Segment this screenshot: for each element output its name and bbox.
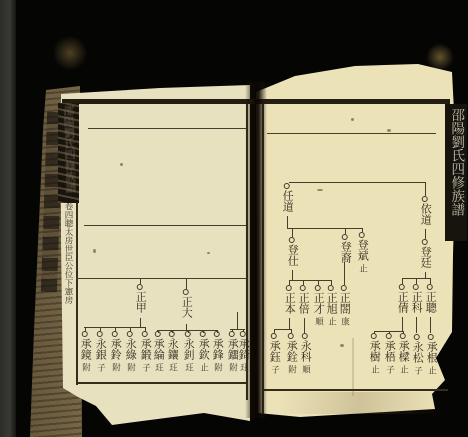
paper-speck	[93, 249, 96, 253]
person-node: 正旭 止	[325, 285, 338, 326]
person-note: 止	[199, 363, 208, 372]
connector-line	[287, 216, 288, 228]
person-name: 永釗	[182, 338, 195, 360]
person-name: 依道	[419, 203, 432, 225]
paper-wrinkle	[280, 392, 440, 414]
person-name: 承梧	[383, 340, 396, 362]
paper-speck	[351, 118, 354, 121]
person-note: 附	[111, 363, 120, 372]
descendant-marker	[240, 331, 246, 337]
connector-line	[140, 318, 141, 327]
person-name: 永科	[299, 340, 312, 362]
person-node: 承銓 附	[285, 333, 298, 374]
paper-speck	[340, 344, 344, 347]
age-stain	[425, 44, 455, 70]
connector-line	[84, 225, 246, 226]
person-node: 永松 子	[411, 334, 424, 375]
person-name: 承鏡	[79, 338, 92, 360]
person-name: 正聰	[424, 291, 437, 313]
page-top-rule	[62, 99, 450, 104]
person-node: 承鍛 子	[139, 331, 152, 372]
person-name: 承鈺	[268, 340, 281, 362]
person-note: 康	[340, 317, 349, 326]
person-name: 正本	[283, 292, 296, 314]
person-note: 玨	[154, 363, 163, 372]
age-stain	[52, 36, 88, 70]
person-name: 登廷	[419, 246, 432, 268]
person-node: 正倩	[396, 284, 409, 313]
connector-line	[289, 280, 332, 281]
descendant-marker	[288, 333, 294, 339]
descendant-marker	[300, 285, 306, 291]
descendant-marker	[422, 239, 428, 245]
descendant-marker	[284, 183, 290, 189]
person-node: 正倍	[297, 285, 310, 314]
person-node: 登斌 止	[356, 232, 369, 273]
descendant-marker	[155, 331, 161, 337]
descendant-marker	[169, 331, 175, 337]
right-page-frame-bottom	[262, 389, 448, 391]
person-name: 承鍛	[139, 338, 152, 360]
person-name: 承綸	[152, 338, 165, 360]
descendant-marker	[414, 334, 420, 340]
person-node: 正本	[283, 285, 296, 314]
person-note: 附	[213, 363, 222, 372]
person-note: 順	[314, 317, 323, 326]
descendant-marker	[127, 331, 133, 337]
person-node: 承錡 玨	[237, 331, 250, 372]
person-node: 正科	[410, 284, 423, 313]
title-bar-damage	[58, 103, 79, 203]
person-note: 子	[385, 365, 394, 374]
person-node: 依道	[419, 196, 432, 225]
person-node: 正甲	[134, 284, 147, 313]
person-node: 承樹 止	[368, 333, 381, 374]
connector-line	[287, 228, 363, 229]
person-name: 永銀	[94, 338, 107, 360]
descendant-marker	[82, 331, 88, 337]
left-page-frame-bottom	[76, 382, 248, 384]
person-node: 永鑲 玨	[166, 331, 179, 372]
paper-speck	[207, 252, 210, 254]
person-note: 順	[301, 365, 310, 374]
descendant-marker	[137, 284, 143, 290]
connector-line	[402, 317, 403, 331]
descendant-marker	[286, 285, 292, 291]
person-note: 附	[126, 363, 135, 372]
person-note: 玨	[168, 363, 177, 372]
descendant-marker	[200, 331, 206, 337]
person-node: 永銀 子	[94, 331, 107, 372]
person-name: 正倩	[396, 291, 409, 313]
person-name: 承錡	[237, 338, 250, 360]
descendant-marker	[428, 334, 434, 340]
connector-line	[292, 228, 293, 237]
person-name: 永鑲	[166, 338, 179, 360]
connector-line	[425, 229, 426, 239]
descendant-marker	[183, 289, 189, 295]
person-node: 登裔	[339, 234, 352, 263]
person-note: 玨	[184, 363, 193, 372]
descendant-marker	[359, 232, 365, 238]
volume-label: 卷四聰太房世臣公位下憲房	[59, 202, 72, 304]
descendant-marker	[422, 196, 428, 202]
person-name: 正甲	[134, 291, 147, 313]
descendant-marker	[427, 284, 433, 290]
person-note: 子	[270, 365, 279, 374]
person-node: 永綠 附	[124, 331, 137, 372]
descendant-marker	[271, 333, 277, 339]
person-note: 子	[413, 366, 422, 375]
person-node: 承鈺 子	[268, 333, 281, 374]
person-node: 正閤 康	[338, 285, 351, 326]
person-node: 承欽 止	[197, 331, 210, 372]
person-note: 附	[287, 365, 296, 374]
person-name: 永松	[411, 341, 424, 363]
connector-line	[274, 329, 291, 330]
person-name: 承銓	[285, 340, 298, 362]
descendant-marker	[289, 237, 295, 243]
right-title-bar: 邵陽劉氏四修族譜	[445, 104, 467, 241]
person-node: 承樑 止	[397, 333, 410, 374]
person-node: 承綸 玨	[152, 331, 165, 372]
person-name: 承鈴	[109, 338, 122, 360]
descendant-marker	[214, 331, 220, 337]
person-node: 正聰	[424, 284, 437, 313]
paper-speck	[317, 189, 323, 191]
person-name: 登裔	[339, 241, 352, 263]
descendant-marker	[342, 234, 348, 240]
person-node: 任道	[281, 183, 294, 212]
person-name: 永綠	[124, 338, 137, 360]
descendant-marker	[386, 333, 392, 339]
connector-line	[76, 278, 247, 279]
person-node: 永釗 玨	[182, 331, 195, 372]
descendant-marker	[371, 333, 377, 339]
person-note: 附	[228, 363, 237, 372]
descendant-marker	[399, 284, 405, 290]
person-name: 承鋒	[211, 338, 224, 360]
right-page-frame-left	[262, 104, 264, 414]
person-name: 承樑	[397, 340, 410, 362]
descendant-marker	[413, 284, 419, 290]
person-node: 正才 順	[312, 285, 325, 326]
person-note: 止	[427, 366, 436, 375]
person-name: 正才	[312, 292, 325, 314]
descendant-marker	[142, 331, 148, 337]
person-note: 止	[370, 365, 379, 374]
descendant-marker	[328, 285, 334, 291]
descendant-marker	[185, 331, 191, 337]
genealogy-title-right: 邵陽劉氏四修族譜	[448, 108, 464, 241]
paper-crease	[352, 338, 354, 396]
connector-line	[289, 318, 290, 329]
connector-line	[344, 262, 345, 285]
person-node: 承鏡 附	[79, 331, 92, 372]
connector-line	[186, 278, 187, 289]
descendant-marker	[341, 285, 347, 291]
person-name: 登仕	[286, 244, 299, 266]
person-node: 承根 止	[425, 334, 438, 375]
descendant-marker	[400, 333, 406, 339]
person-node: 登仕	[286, 237, 299, 266]
descendant-marker	[229, 331, 235, 337]
person-node: 承鋒 附	[211, 331, 224, 372]
person-name: 正閤	[338, 292, 351, 314]
person-name: 正旭	[325, 292, 338, 314]
person-name: 正大	[180, 296, 193, 318]
connector-line	[267, 133, 436, 134]
person-node: 正大	[180, 289, 193, 318]
connector-line	[430, 317, 431, 333]
person-note: 子	[96, 363, 105, 372]
genealogy-book-scan: 正甲 正大 承鏡 附 永銀 子 承鈴 附 永綠 附 承鍛 子	[0, 0, 468, 437]
person-node: 永科 順	[299, 333, 312, 374]
person-note: 止	[399, 365, 408, 374]
person-note: 玨	[239, 363, 248, 372]
person-note: 附	[81, 363, 90, 372]
person-note: 止	[358, 264, 367, 273]
person-node: 承鈴 附	[109, 331, 122, 372]
person-name: 承欽	[197, 338, 210, 360]
descendant-marker	[302, 333, 308, 339]
person-note: 止	[327, 317, 336, 326]
person-name: 登斌	[356, 239, 369, 261]
left-title-bar: 邵陽劉氏四修族譜	[58, 103, 79, 203]
connector-line	[237, 312, 238, 329]
connector-line	[292, 270, 293, 280]
connector-line	[425, 182, 426, 196]
person-node: 登廷	[419, 239, 432, 268]
person-name: 正倍	[297, 292, 310, 314]
paper-speck	[120, 163, 123, 166]
connector-line	[289, 182, 426, 183]
person-name: 任道	[281, 190, 294, 212]
descendant-marker	[315, 285, 321, 291]
descendant-marker	[97, 331, 103, 337]
scan-edge-strip	[0, 0, 16, 437]
connector-line	[304, 318, 305, 333]
paper-speck	[387, 129, 391, 132]
person-node: 承梧 子	[383, 333, 396, 374]
person-name: 承根	[425, 341, 438, 363]
person-note: 子	[141, 363, 150, 372]
connector-line	[88, 128, 246, 129]
person-name: 正科	[410, 291, 423, 313]
connector-line	[416, 317, 417, 333]
person-name: 承樹	[368, 340, 381, 362]
descendant-marker	[112, 331, 118, 337]
